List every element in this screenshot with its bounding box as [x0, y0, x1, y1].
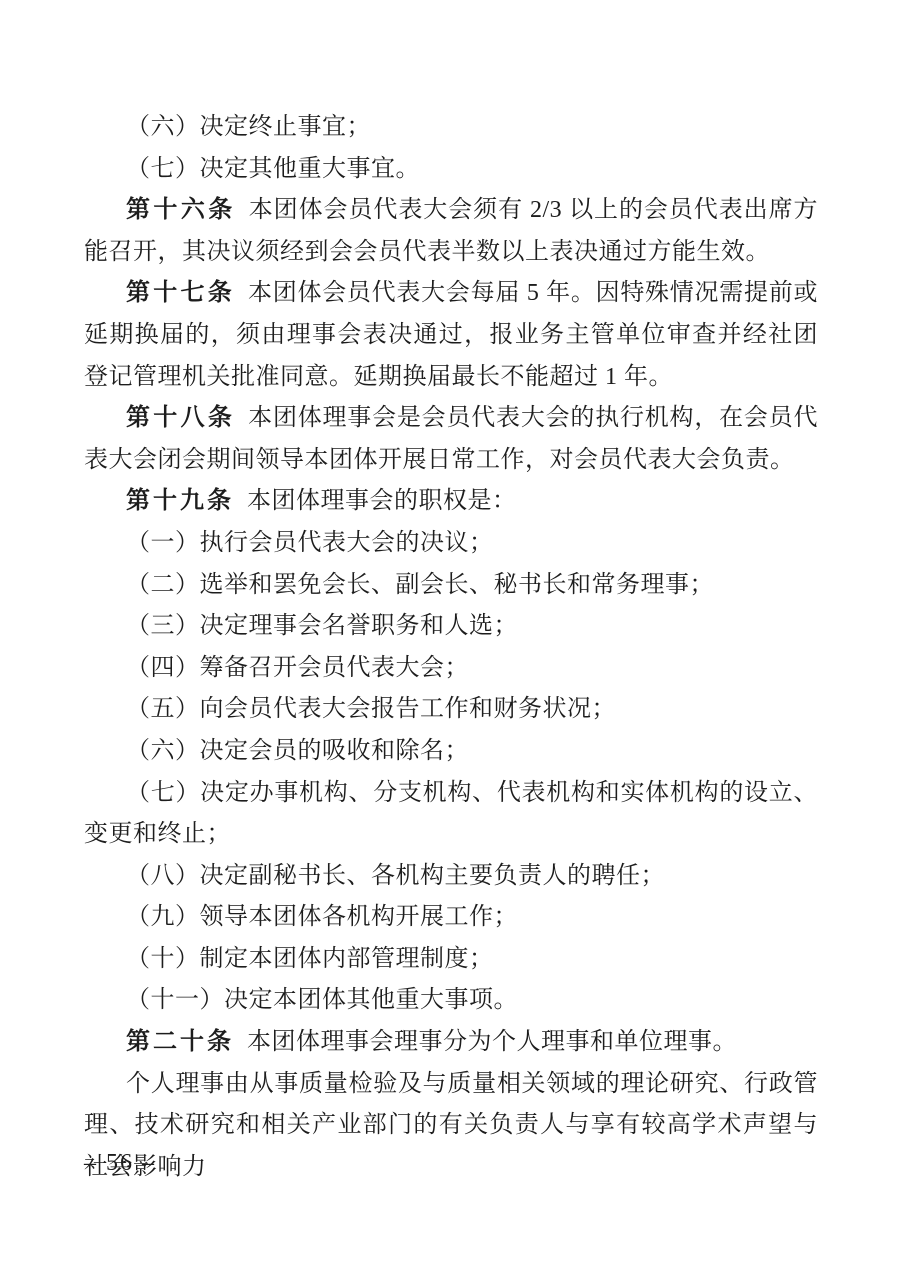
article-number: 第十六条 — [126, 197, 236, 223]
article-paragraph: 第十九条本团体理事会的职权是： — [84, 481, 818, 523]
paragraph-text: （六）决定终止事宜； — [126, 114, 371, 140]
clause-item: （四）筹备召开会员代表大会； — [84, 648, 818, 690]
clause-item: （九）领导本团体各机构开展工作； — [84, 897, 818, 939]
paragraph-text: 本团体理事会理事分为个人理事和单位理事。 — [247, 1029, 737, 1055]
paragraph-text: （九）领导本团体各机构开展工作； — [126, 904, 518, 930]
clause-item: （六）决定会员的吸收和除名； — [84, 731, 818, 773]
article-paragraph: 第十七条本团体会员代表大会每届 5 年。因特殊情况需提前或延期换届的，须由理事会… — [84, 273, 818, 398]
clause-item: （七）决定其他重大事宜。 — [84, 149, 818, 191]
clause-item: （十一）决定本团体其他重大事项。 — [84, 980, 818, 1022]
paragraph-text: （八）决定副秘书长、各机构主要负责人的聘任； — [126, 863, 665, 889]
paragraph-text: （六）决定会员的吸收和除名； — [126, 738, 469, 764]
clause-item: （三）决定理事会名誉职务和人选； — [84, 606, 818, 648]
article-number: 第二十条 — [126, 1029, 234, 1055]
article-number: 第十八条 — [126, 405, 235, 431]
article-paragraph: 第十八条本团体理事会是会员代表大会的执行机构，在会员代表大会闭会期间领导本团体开… — [84, 398, 818, 481]
document-body: （六）决定终止事宜； （七）决定其他重大事宜。 第十六条本团体会员代表大会须有 … — [84, 107, 818, 1188]
article-number: 第十九条 — [126, 488, 234, 514]
paragraph-text: （一）执行会员代表大会的决议； — [126, 530, 494, 556]
paragraph-text: 本团体理事会的职权是： — [247, 488, 517, 514]
paragraph-text: （七）决定办事机构、分支机构、代表机构和实体机构的设立、变更和终止； — [84, 780, 818, 848]
document-page: （六）决定终止事宜； （七）决定其他重大事宜。 第十六条本团体会员代表大会须有 … — [0, 0, 900, 1273]
paragraph-text: （二）选举和罢免会长、副会长、秘书长和常务理事； — [126, 572, 714, 598]
paragraph-text: （十一）决定本团体其他重大事项。 — [126, 987, 518, 1013]
clause-item: （八）决定副秘书长、各机构主要负责人的聘任； — [84, 856, 818, 898]
clause-item: （十）制定本团体内部管理制度； — [84, 939, 818, 981]
paragraph-text: 个人理事由从事质量检验及与质量相关领域的理论研究、行政管理、技术研究和相关产业部… — [84, 1071, 818, 1180]
clause-item: （七）决定办事机构、分支机构、代表机构和实体机构的设立、变更和终止； — [84, 773, 818, 856]
paragraph-text: （十）制定本团体内部管理制度； — [126, 946, 494, 972]
paragraph-text: （四）筹备召开会员代表大会； — [126, 655, 469, 681]
page-number: – 56 – — [84, 1150, 156, 1177]
paragraph-text: （七）决定其他重大事宜。 — [126, 156, 420, 182]
article-paragraph: 第二十条本团体理事会理事分为个人理事和单位理事。 — [84, 1022, 818, 1064]
clause-item: （一）执行会员代表大会的决议； — [84, 523, 818, 565]
article-paragraph: 第十六条本团体会员代表大会须有 2/3 以上的会员代表出席方能召开，其决议须经到… — [84, 190, 818, 273]
body-paragraph: 个人理事由从事质量检验及与质量相关领域的理论研究、行政管理、技术研究和相关产业部… — [84, 1064, 818, 1189]
clause-item: （六）决定终止事宜； — [84, 107, 818, 149]
clause-item: （二）选举和罢免会长、副会长、秘书长和常务理事； — [84, 565, 818, 607]
clause-item: （五）向会员代表大会报告工作和财务状况； — [84, 689, 818, 731]
paragraph-text: （五）向会员代表大会报告工作和财务状况； — [126, 696, 616, 722]
article-number: 第十七条 — [126, 280, 235, 306]
paragraph-text: （三）决定理事会名誉职务和人选； — [126, 613, 518, 639]
